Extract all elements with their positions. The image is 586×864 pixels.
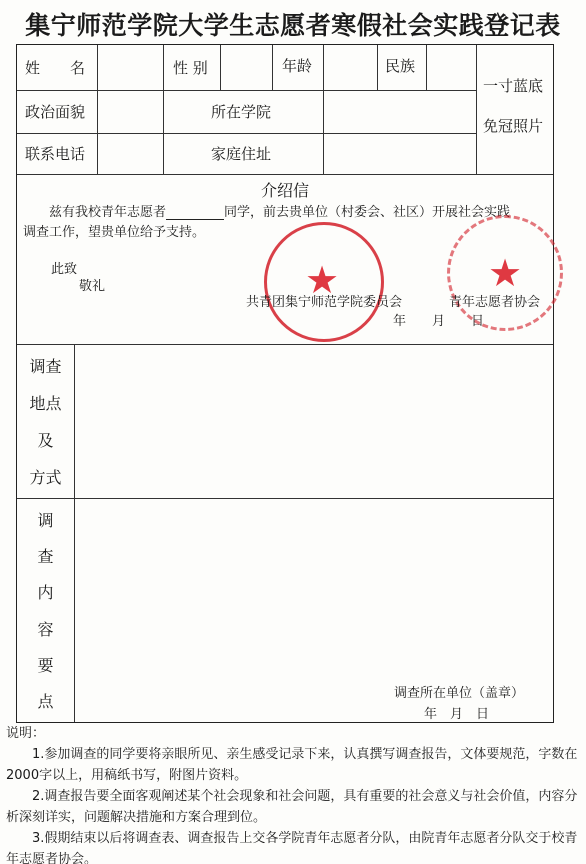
letter-date: 年 月 日 (393, 310, 484, 329)
row-divider (17, 133, 476, 134)
signer-youth-league: 共青团集宁师范学院委员会 (246, 291, 402, 310)
age-field[interactable] (327, 57, 375, 77)
note-item-3: 3.假期结束以后将调查表、调查报告上交各学院青年志愿者分队，由院青年志愿者分队交… (6, 828, 580, 864)
note-item-1: 1.参加调查的同学要将亲眼所见、亲生感受记录下来，认真撰写调查报告，文体要规范，… (6, 744, 580, 786)
letter-closing-2: 敬礼 (79, 275, 105, 294)
ethnicity-field[interactable] (430, 57, 474, 77)
col-divider (74, 344, 75, 722)
stamp-youth-league: ★ (264, 222, 384, 342)
home-address-label: 家庭住址 (211, 143, 271, 164)
college-field[interactable] (327, 101, 473, 121)
col-divider (476, 45, 477, 174)
col-divider (97, 45, 98, 174)
ethnicity-label: 民族 (385, 55, 415, 76)
survey-location-label-line: 地点 (29, 391, 61, 414)
survey-content-label-line: 容 (37, 617, 53, 640)
age-label: 年龄 (282, 55, 312, 76)
survey-content-label: 调查内容要点 (17, 501, 74, 719)
col-divider (377, 45, 378, 90)
gender-field[interactable] (224, 57, 270, 77)
survey-location-label: 调查地点及方式 (17, 347, 74, 495)
survey-content-label-line: 要 (37, 653, 53, 676)
phone-field[interactable] (101, 143, 161, 163)
row-divider (17, 344, 553, 345)
letter-heading: 介绍信 (17, 178, 553, 201)
photo-hint-line2: 免冠照片 (483, 115, 543, 136)
letter-closing-1: 此致 (51, 258, 77, 277)
name-label: 姓 名 (25, 57, 85, 78)
col-divider (163, 45, 164, 174)
college-label: 所在学院 (211, 101, 271, 122)
photo-hint-line1: 一寸蓝底 (483, 75, 543, 96)
survey-location-label-line: 及 (37, 428, 53, 451)
form-title: 集宁师范学院大学生志愿者寒假社会实践登记表 (0, 6, 586, 42)
political-status-field[interactable] (101, 101, 161, 121)
letter-body-line1: 兹有我校青年志愿者同学，前去贵单位（村委会、社区）开展社会实践 (49, 201, 510, 220)
volunteer-name-blank[interactable] (166, 205, 224, 220)
registration-form: 姓 名 性 别 年龄 民族 一寸蓝底 免冠照片 政治面貌 所在学院 联系电话 家… (16, 44, 554, 723)
letter-body-part1: 兹有我校青年志愿者 (49, 205, 166, 220)
notes-heading: 说明： (6, 723, 580, 744)
gender-label: 性 别 (173, 57, 208, 78)
seal-label: 调查所在单位（盖章） (394, 682, 524, 701)
survey-content-label-line: 内 (37, 580, 53, 603)
stamp-star-icon: ★ (488, 254, 522, 292)
name-field[interactable] (101, 57, 161, 77)
survey-location-label-line: 方式 (29, 465, 61, 488)
row-divider (17, 498, 553, 499)
home-address-field[interactable] (327, 143, 473, 163)
survey-content-label-line: 调 (37, 508, 53, 531)
survey-content-label-line: 查 (37, 544, 53, 567)
survey-content-label-line: 点 (37, 689, 53, 712)
col-divider (272, 45, 273, 90)
row-divider (17, 174, 553, 175)
survey-location-label-line: 调查 (29, 354, 61, 377)
letter-body-part2: 同学，前去贵单位（村委会、社区）开展社会实践 (224, 205, 510, 220)
survey-content-field[interactable] (79, 503, 549, 673)
row-divider (17, 90, 476, 91)
col-divider (426, 45, 427, 90)
content-date: 年 月 日 (424, 703, 489, 722)
col-divider (220, 45, 221, 90)
note-item-2: 2.调查报告要全面客观阐述某个社会现象和社会问题，具有重要的社会意义与社会价值，… (6, 786, 580, 828)
notes-section: 说明： 1.参加调查的同学要将亲眼所见、亲生感受记录下来，认真撰写调查报告，文体… (6, 723, 580, 864)
survey-location-field[interactable] (79, 349, 549, 493)
political-status-label: 政治面貌 (25, 101, 85, 122)
signer-volunteer-association: 青年志愿者协会 (449, 291, 540, 310)
letter-body-line2: 调查工作，望贵单位给予支持。 (23, 221, 205, 240)
col-divider (323, 45, 324, 174)
phone-label: 联系电话 (25, 143, 85, 164)
